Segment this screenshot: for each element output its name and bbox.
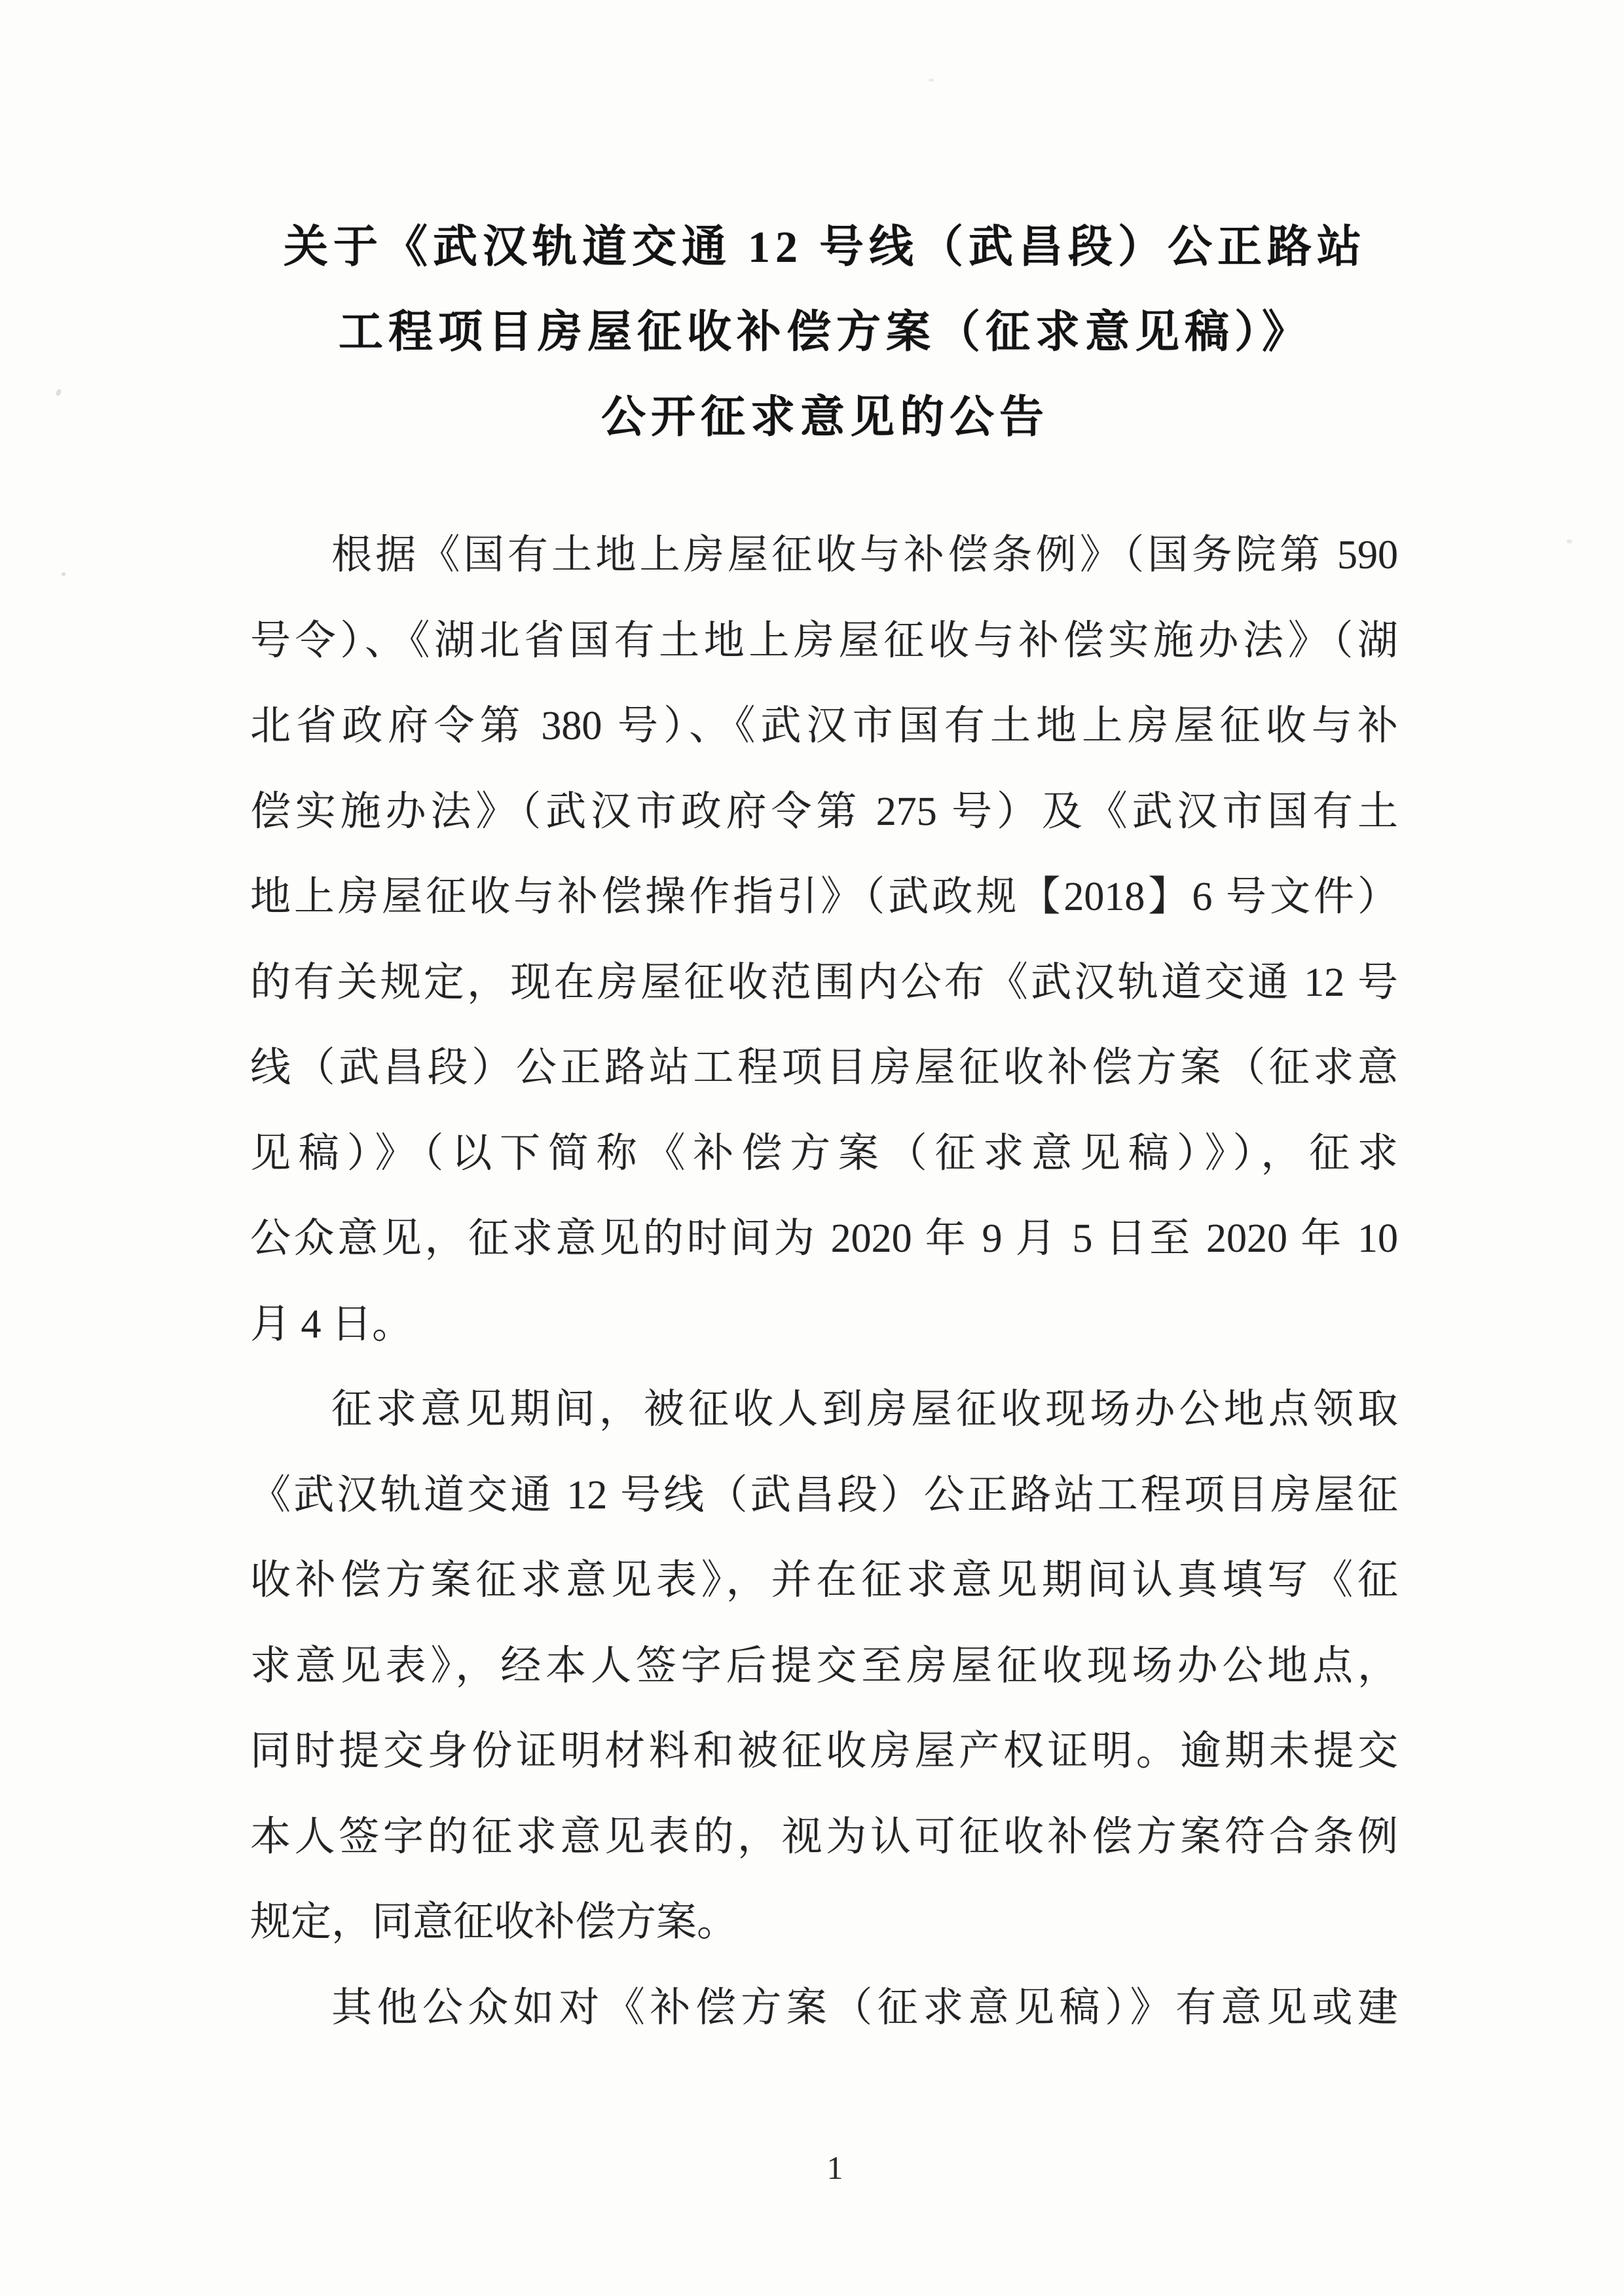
page-number: 1 xyxy=(0,2149,1624,2187)
body-line: 求意见表》，经本人签字后提交至房屋征收现场办公地点， xyxy=(250,1624,1398,1709)
title-line-3: 公开征求意见的公告 xyxy=(249,374,1401,460)
document-title: 关于《武汉轨道交通 12 号线（武昌段）公正路站 工程项目房屋征收补偿方案（征求… xyxy=(249,204,1401,460)
body-line: 偿实施办法》（武汉市政府令第 275 号）及《武汉市国有土 xyxy=(250,769,1398,855)
body-line: 根据《国有土地上房屋征收与补偿条例》（国务院第 590 xyxy=(250,513,1398,598)
title-line-1: 关于《武汉轨道交通 12 号线（武昌段）公正路站 xyxy=(249,204,1401,289)
body-line: 征求意见期间，被征收人到房屋征收现场办公地点领取 xyxy=(250,1367,1398,1453)
body-line: 其他公众如对《补偿方案（征求意见稿）》有意见或建 xyxy=(250,1965,1398,2051)
body-line: 线（武昌段）公正路站工程项目房屋征收补偿方案（征求意 xyxy=(250,1025,1398,1111)
title-line-2: 工程项目房屋征收补偿方案（征求意见稿）》 xyxy=(249,289,1401,374)
document-page: 关于《武汉轨道交通 12 号线（武昌段）公正路站 工程项目房屋征收补偿方案（征求… xyxy=(0,0,1624,2296)
body-line-paragraph-end: 规定，同意征收补偿方案。 xyxy=(250,1880,1398,1965)
scan-speck xyxy=(929,79,934,82)
body-line: 本人签字的征求意见表的，视为认可征收补偿方案符合条例 xyxy=(250,1795,1398,1880)
scan-speck xyxy=(1566,539,1572,543)
scan-speck xyxy=(55,388,62,397)
body-line: 地上房屋征收与补偿操作指引》（武政规【2018】6 号文件） xyxy=(250,854,1398,940)
body-line: 的有关规定，现在房屋征收范围内公布《武汉轨道交通 12 号 xyxy=(250,940,1398,1026)
scan-speck xyxy=(62,572,65,576)
body-line: 公众意见，征求意见的时间为 2020 年 9 月 5 日至 2020 年 10 xyxy=(250,1196,1398,1282)
body-line: 同时提交身份证明材料和被征收房屋产权证明。逾期未提交 xyxy=(250,1709,1398,1795)
document-body: 根据《国有土地上房屋征收与补偿条例》（国务院第 590 号令）、《湖北省国有土地… xyxy=(250,513,1398,2050)
body-line: 见稿）》（以下简称《补偿方案（征求意见稿）》），征求 xyxy=(250,1111,1398,1197)
body-line: 号令）、《湖北省国有土地上房屋征收与补偿实施办法》（湖 xyxy=(250,598,1398,684)
body-line: 北省政府令第 380 号）、《武汉市国有土地上房屋征收与补 xyxy=(250,683,1398,769)
body-line: 《武汉轨道交通 12 号线（武昌段）公正路站工程项目房屋征 xyxy=(250,1453,1398,1539)
body-line: 收补偿方案征求意见表》，并在征求意见期间认真填写《征 xyxy=(250,1538,1398,1624)
body-line-paragraph-end: 月 4 日。 xyxy=(250,1282,1398,1368)
